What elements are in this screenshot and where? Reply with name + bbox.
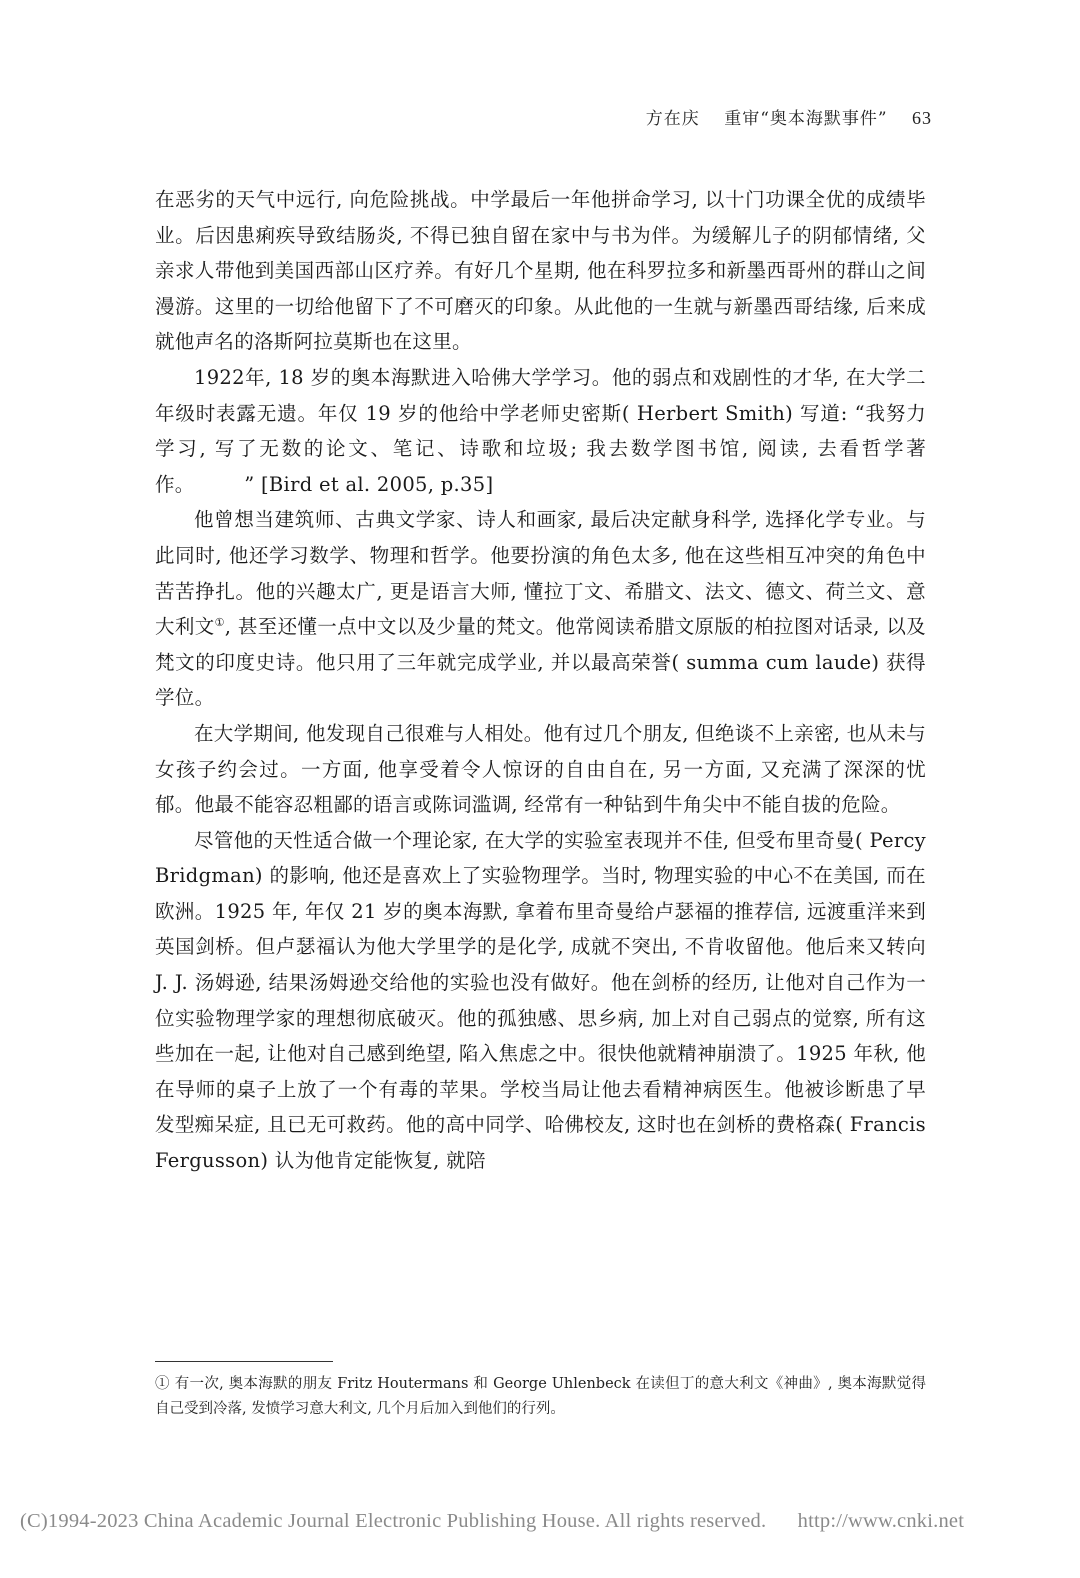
page-number: 63 [912, 108, 932, 128]
paragraph-4-college-life: 在大学期间, 他发现自己很难与人相处。他有过几个朋友, 但绝谈不上亲密, 也从未… [155, 716, 926, 823]
paragraph-1-continued: 在恶劣的天气中远行, 向危险挑战。中学最后一年他拼命学习, 以十门功课全优的成绩… [155, 182, 926, 360]
paragraph-3-languages: 他曾想当建筑师、古典文学家、诗人和画家, 最后决定献身科学, 选择化学专业。与此… [155, 502, 926, 716]
copyright-footer: (C)1994-2023 China Academic Journal Elec… [20, 1510, 1080, 1533]
footnote-divider [155, 1361, 333, 1362]
footnote-text: 有一次, 奥本海默的朋友 Fritz Houtermans 和 George U… [155, 1376, 926, 1417]
cnki-link[interactable]: http://www.cnki.net [798, 1510, 964, 1532]
footnote-reference[interactable]: ① [215, 616, 225, 629]
paragraph-5-cambridge: 尽管他的天性适合做一个理论家, 在大学的实验室表现并不佳, 但受布里奇曼( Pe… [155, 823, 926, 1179]
running-head: 方在庆 重审“奥本海默事件” 63 [646, 104, 932, 129]
footnote: ① 有一次, 奥本海默的朋友 Fritz Houtermans 和 George… [155, 1372, 926, 1421]
copyright-notice: (C)1994-2023 China Academic Journal Elec… [20, 1510, 766, 1532]
running-head-author: 方在庆 [646, 109, 700, 129]
footnote-marker: ① [155, 1376, 170, 1392]
running-head-title: 重审“奥本海默事件” [724, 109, 887, 129]
paragraph-3-text-b: , 甚至还懂一点中文以及少量的梵文。他常阅读希腊文原版的柏拉图对话录, 以及梵文… [155, 615, 926, 709]
paragraph-2-harvard: 1922年, 18 岁的奥本海默进入哈佛大学学习。他的弱点和戏剧性的才华, 在大… [155, 360, 926, 502]
article-body: 在恶劣的天气中远行, 向危险挑战。中学最后一年他拼命学习, 以十门功课全优的成绩… [155, 182, 926, 1179]
